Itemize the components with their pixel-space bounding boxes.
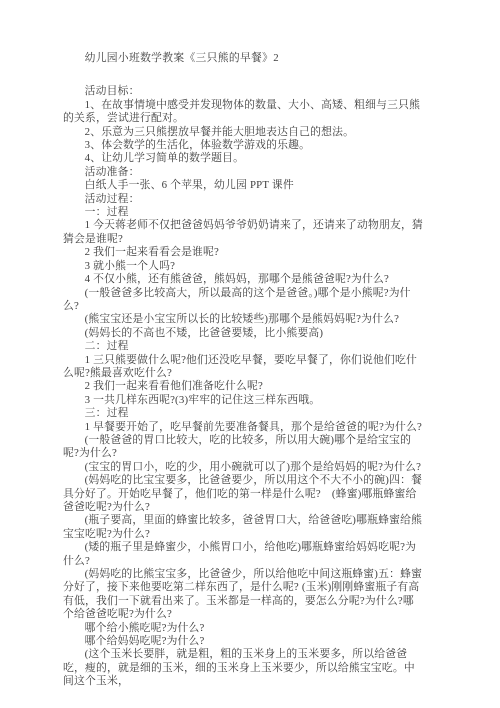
paragraph: (妈妈长的不高也不矮，比爸爸要矮，比小熊要高)	[63, 327, 424, 340]
paragraph: 3、体会数学的生活化，体验数学游戏的乐趣。	[63, 139, 424, 152]
paragraph: 1 今天蒋老师不仅把爸爸妈妈爷爷奶奶请来了，还请来了动物朋友，猜猜会是谁呢?	[63, 219, 424, 246]
paragraph: 哪个给小熊吃呢?为什么?	[63, 622, 424, 635]
paragraph: 二：过程	[63, 340, 424, 353]
paragraph: 1、在故事情境中感受并发现物体的数量、大小、高矮、粗细与三只熊的关系，尝试进行配…	[63, 99, 424, 126]
paragraph: (一般爸爸的胃口比较大，吃的比较多，所以用大碗)哪个是给宝宝的呢?为什么?	[63, 434, 424, 461]
paragraph: (妈妈吃的比熊宝宝多，比爸爸少，所以给他吃中间这瓶蜂蜜)五：蜂蜜分好了，接下来他…	[63, 568, 424, 622]
paragraph: (瓶子要高，里面的蜂蜜比较多，爸爸胃口大，给爸爸吃)哪瓶蜂蜜给熊宝宝吃呢?为什么…	[63, 514, 424, 541]
paragraph: 3 一共几样东西呢?(3)牢牢的记住这三样东西哦。	[63, 394, 424, 407]
paragraph: (妈妈吃的比宝宝要多，比爸爸要少，所以用这个不大不小的碗)四：餐具分好了。开始吃…	[63, 474, 424, 514]
paragraph: 活动准备：	[63, 166, 424, 179]
paragraph: (一般爸爸多比较高大，所以最高的这个是爸爸。)哪个是小熊呢?为什么?	[63, 287, 424, 314]
paragraph: 1 三只熊要做什么呢?他们还没吃早餐，要吃早餐了，你们说他们吃什么呢?熊最喜欢吃…	[63, 354, 424, 381]
paragraph: 3 就小熊一个人吗?	[63, 260, 424, 273]
paragraph: 哪个给妈妈吃呢?为什么?	[63, 635, 424, 648]
paragraph: 4 不仅小熊，还有熊爸爸，熊妈妈，那哪个是熊爸爸呢?为什么?	[63, 273, 424, 286]
paragraph: 三：过程	[63, 407, 424, 420]
paragraph: (宝宝的胃口小，吃的少，用小碗就可以了)那个是给妈妈的呢?为什么?	[63, 461, 424, 474]
paragraph: 1 早餐要开始了，吃早餐前先要准备餐具，那个是给爸爸的呢?为什么?	[63, 421, 424, 434]
paragraph: 4、让幼儿学习简单的数学题目。	[63, 152, 424, 165]
paragraph: 一：过程	[63, 206, 424, 219]
paragraph: 活动过程：	[63, 193, 424, 206]
page-title: 幼儿园小班数学教案《三只熊的早餐》2	[63, 52, 424, 65]
doc-body: 活动目标：1、在故事情境中感受并发现物体的数量、大小、高矮、粗细与三只熊的关系，…	[63, 85, 424, 688]
paragraph: (这个玉米长要胖，就是粗，粗的玉米身上的玉米要多，所以给爸爸吃，瘦的，就是细的玉…	[63, 648, 424, 688]
paragraph: (矮的瓶子里是蜂蜜少，小熊胃口小，给他吃)哪瓶蜂蜜给妈妈吃呢?为什么?	[63, 541, 424, 568]
paragraph: 2、乐意为三只熊摆放早餐并能大胆地表达自己的想法。	[63, 126, 424, 139]
paragraph: 2 我们一起来看看会是谁呢?	[63, 246, 424, 259]
document-page: 幼儿园小班数学教案《三只熊的早餐》2 活动目标：1、在故事情境中感受并发现物体的…	[0, 0, 500, 708]
paragraph: 2 我们一起来看看他们准备吃什么呢?	[63, 380, 424, 393]
paragraph: 白纸人手一张、6 个苹果，幼儿园 PPT 课件	[63, 179, 424, 192]
paragraph: (熊宝宝还是小宝宝所以长的比较矮些)那哪个是熊妈妈呢?为什么?	[63, 313, 424, 326]
paragraph: 活动目标：	[63, 85, 424, 98]
